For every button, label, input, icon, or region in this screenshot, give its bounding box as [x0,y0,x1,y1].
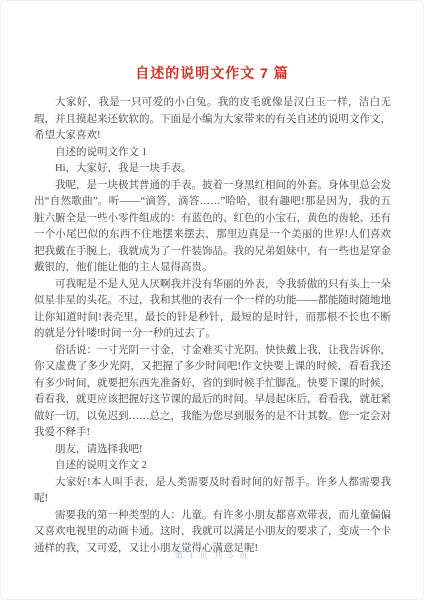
section-heading: 自述的说明文作文 2 [34,458,391,475]
page-number-footer: 第 1 页 共 5 页 [1,549,423,561]
paragraph: 大家好，我是一只可爱的小白兔。我的皮毛就像是汉白玉一样，洁白无瑕，并且摸起来还软… [34,95,391,145]
paragraph: Hi，大家好，我是一块手表。 [34,161,391,178]
paragraph: 大家好!本人叫手表，是人类需要及时看时间的好帮手。许多人都需要我呢! [34,475,391,508]
document-body: 大家好，我是一只可爱的小白兔。我的皮毛就像是汉白玉一样，洁白无瑕，并且摸起来还软… [34,95,391,557]
paragraph: 我呢，是一块极其普通的手表。披着一身黑红相间的外套。身体里总会发出“自然歌曲”。… [34,178,391,277]
paragraph: 朋友，请选择我吧! [34,442,391,459]
paragraph: 俗话说：一寸光阴一寸金，寸金难买寸光阴。快快戴上我，让我告诉你，你又虚费了多少光… [34,343,391,442]
section-heading: 自述的说明文作文 1 [34,145,391,162]
paragraph: 可我呢是不是人见人厌啊我并没有华丽的外表，令我骄傲的只有头上一朵似星非星的头花。… [34,277,391,343]
document-title: 自述的说明文作文 7 篇 [1,63,423,83]
document-page: 自述的说明文作文 7 篇 大家好，我是一只可爱的小白兔。我的皮毛就像是汉白玉一样… [0,0,424,600]
